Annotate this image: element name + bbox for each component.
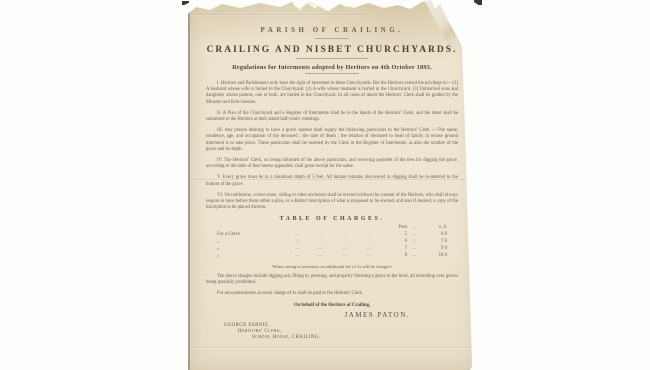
document-content: PARISH OF CRAILING. CRAILING AND NISBET … (190, 0, 476, 370)
regulations-list: I. Heritors and Parishioners only have t… (206, 81, 458, 211)
dot-leader: ... (407, 232, 421, 237)
dot-leader: ... (295, 239, 299, 244)
scan-background: PARISH OF CRAILING. CRAILING AND NISBET … (0, 0, 650, 370)
table-row: ,, ... ... ... ... 8 ... 10 6 (217, 253, 447, 260)
dot-leader: ... (343, 246, 347, 251)
row-label: ,, (217, 246, 275, 251)
table-row: ,, ... ... ... ... 7 ... 9 0 (217, 246, 447, 253)
dot-leader: ... (367, 246, 371, 251)
regulation-3: III. Any person desiring to have a grave… (206, 128, 458, 153)
subtitle-underline (305, 73, 359, 74)
feet-column-header: Feet (391, 225, 407, 230)
behalf-line: On behalf of the Heritors of Crailing, (206, 303, 458, 308)
clerk-block: GEORGE FARNIE, Heritors' Clerk, School H… (206, 323, 458, 340)
dot-leader: ... (319, 239, 323, 244)
charges-note: The above charges include digging out, f… (206, 274, 458, 286)
dot-leader: ... (407, 225, 421, 230)
scan-corner-mark-right (474, 0, 482, 5)
subtitle: Regulations for Interments adopted by He… (206, 64, 458, 71)
dot-leader: ... (367, 232, 371, 237)
row-label: For a Grave (217, 232, 275, 237)
regulation-2: II. A Plan of the Churchyard and a Regis… (206, 111, 458, 123)
dot-leader: ... (319, 253, 323, 258)
cell-feet: 5 (391, 232, 407, 237)
charge-column-header: s. d. (421, 225, 447, 230)
dot-leader: ... (367, 253, 371, 258)
cell-charge: 6 0 (421, 232, 447, 237)
dot-leader: ... (295, 246, 299, 251)
dot-leader: ... (367, 239, 371, 244)
dot-leader: ... (343, 239, 347, 244)
cell-charge: 9 0 (421, 246, 447, 251)
cell-feet: 7 (391, 246, 407, 251)
dot-leader: ... (407, 246, 421, 251)
parish-title: PARISH OF CRAILING. (206, 26, 458, 34)
charges-table: Feet ... s. d. For a Grave ... ... ... .… (217, 225, 447, 260)
title-underline (296, 58, 368, 59)
regulation-5: V. Every grave must be to a minimum dept… (206, 175, 458, 187)
dot-leaders: ... ... ... ... (275, 239, 391, 244)
regulation-1: I. Heritors and Parishioners only have t… (206, 81, 458, 106)
dot-leader: ... (343, 232, 347, 237)
cell-charge: 10 6 (421, 253, 447, 258)
cell-feet: 6 (391, 239, 407, 244)
cell-charge: 7 6 (421, 239, 447, 244)
dot-leader: ... (319, 232, 323, 237)
signature-name: JAMES PATON. (206, 311, 410, 319)
dot-leader: ... (295, 232, 299, 237)
main-title: CRAILING AND NISBET CHURCHYARDS. (206, 45, 458, 55)
dot-leaders: ... ... ... ... (275, 246, 391, 251)
charges-table-title: TABLE OF CHARGES. (206, 216, 458, 222)
dot-leaders: ... ... ... ... (275, 232, 391, 237)
dot-leaders: ... ... ... ... (275, 253, 391, 258)
dot-leader: ... (295, 253, 299, 258)
dot-leader: ... (407, 239, 421, 244)
cell-feet: 8 (391, 253, 407, 258)
table-row: ,, ... ... ... ... 6 ... 7 6 (217, 239, 447, 246)
table-row: For a Grave ... ... ... ... 5 ... 6 0 (217, 232, 447, 239)
paper-sheet: PARISH OF CRAILING. CRAILING AND NISBET … (188, 0, 476, 370)
regulation-4: IV. The Heritors' Clerk, on being inform… (206, 158, 458, 170)
scan-corner-mark-left (182, 1, 189, 5)
casing-note: When casing is necessary an additional f… (206, 264, 458, 269)
non-parishioners-note: For non-parishioners an extra charge of … (206, 291, 458, 297)
divider-rule (315, 38, 349, 39)
table-header-row: Feet ... s. d. (217, 225, 447, 232)
row-label: ,, (217, 239, 275, 244)
clerk-address: School House, CRAILING. (252, 334, 458, 340)
dot-leader: ... (343, 253, 347, 258)
regulation-6: VI. No tombstone, corner stone, railing … (206, 193, 458, 212)
row-label: ,, (217, 253, 275, 258)
dot-leader: ... (407, 253, 421, 258)
dot-leader: ... (319, 246, 323, 251)
